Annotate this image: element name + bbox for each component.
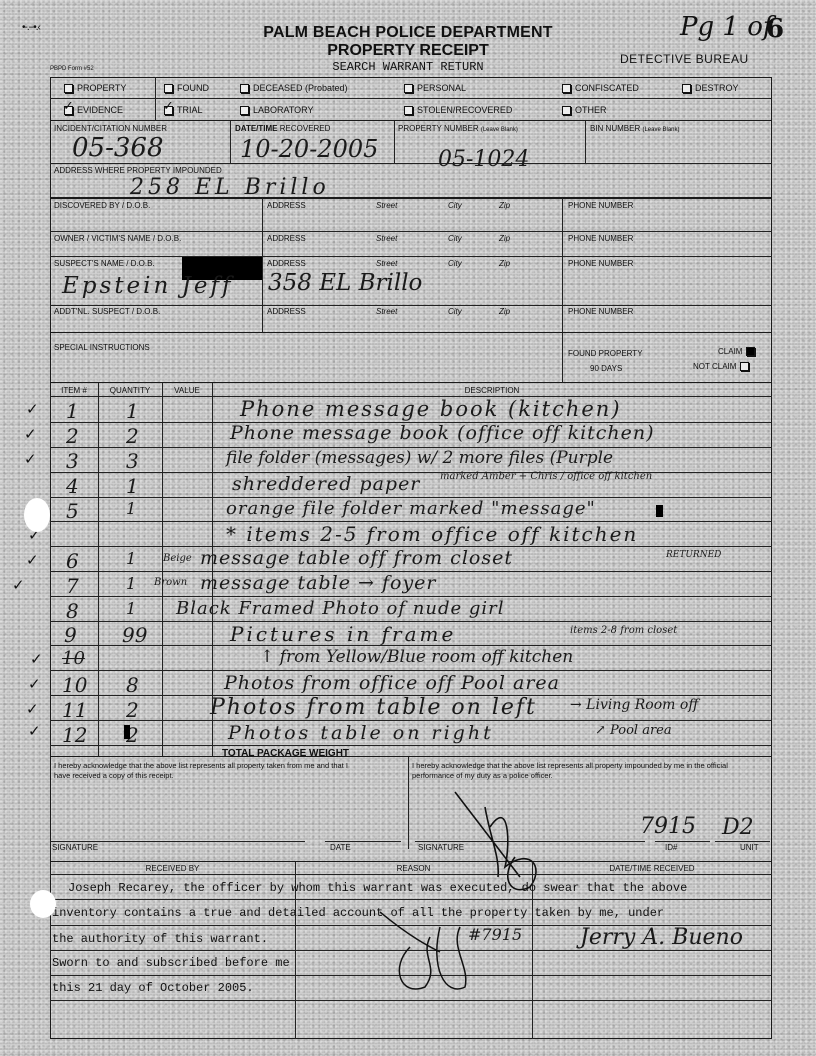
checkbox-laboratory[interactable]: LABORATORY [240, 105, 314, 115]
page-mark: Pg 1 of [680, 12, 773, 42]
checkmark-icon: ✓ [24, 425, 37, 443]
oath-line: this 21 day of October 2005. [52, 981, 254, 995]
suspect-name-label: SUSPECT'S NAME / D.O.B. [54, 259, 155, 268]
checkbox-checked-icon [164, 106, 173, 115]
checkbox-icon [164, 84, 173, 93]
suspect-name-value: Epstein Jeff [62, 273, 234, 299]
incident-number-value: 05-368 [72, 133, 164, 163]
checkbox-icon [404, 106, 413, 115]
form-number: PBPD Form #52 [50, 66, 94, 72]
oath-line: the authority of this warrant. [52, 932, 268, 946]
suspect-address-value: 358 EL Brillo [268, 270, 422, 296]
checkbox-confiscated[interactable]: CONFISCATED [562, 83, 639, 93]
unit-label: UNIT [740, 843, 759, 852]
impound-address-value: 258 EL Brillo [130, 175, 330, 200]
date-label: DATE [330, 843, 351, 852]
oath-line: Joseph Recarey, the officer by whom this… [68, 881, 687, 895]
notary-signature: Jerry A. Bueno [580, 925, 743, 950]
checkmark-icon: ✓ [28, 722, 41, 740]
property-receipt-form: PROPERTY FOUND DECEASED (Probated) PERSO… [50, 77, 772, 1039]
checkbox-icon [682, 84, 691, 93]
date-recovered-label: DATE/TIME RECOVERED [235, 124, 330, 133]
checkbox-icon [740, 362, 749, 371]
checkbox-icon [240, 106, 249, 115]
checkbox-trial[interactable]: TRIAL [164, 105, 203, 115]
checkbox-stolen-recovered[interactable]: STOLEN/RECOVERED [404, 105, 512, 115]
special-instructions-block [50, 333, 772, 383]
checkbox-evidence[interactable]: EVIDENCE [64, 105, 123, 115]
checkmark-icon: ✓ [24, 450, 37, 468]
column-header-reason: REASON [295, 864, 532, 873]
checkbox-destroy[interactable]: DESTROY [682, 83, 739, 93]
checkmark-icon: ✓ [26, 551, 39, 569]
ack-left-text: I hereby acknowledge that the above list… [54, 761, 354, 781]
checkbox-filled-icon [746, 347, 755, 356]
checkbox-personal[interactable]: PERSONAL [404, 83, 466, 93]
owner-victim-label: OWNER / VICTIM'S NAME / D.O.B. [54, 234, 181, 243]
found-property-label: FOUND PROPERTY [568, 349, 643, 358]
checkmark-icon: ✓ [26, 400, 39, 418]
checkbox-icon [240, 84, 249, 93]
checkbox-deceased[interactable]: DECEASED (Probated) [240, 83, 348, 93]
bin-number-label: BIN NUMBER (Leave Blank) [590, 124, 680, 133]
id-label: ID# [665, 843, 677, 852]
impound-address-label: ADDRESS WHERE PROPERTY IMPOUNDED [54, 166, 222, 175]
officer-id-value: 7915 [640, 814, 696, 839]
column-header-received-by: RECEIVED BY [50, 864, 295, 873]
checkbox-icon [64, 84, 73, 93]
checkbox-icon [404, 84, 413, 93]
checkbox-icon [562, 106, 571, 115]
page-total: 6 [766, 14, 784, 44]
oath-line: Sworn to and subscribed before me [52, 956, 290, 970]
column-header-date-received: DATE/TIME RECEIVED [532, 864, 772, 873]
officer-signature-scribble-oath [370, 907, 480, 1007]
incident-number-label: INCIDENT/CITATION NUMBER [54, 124, 167, 133]
date-recovered-value: 10-20-2005 [240, 135, 378, 163]
punch-hole [24, 498, 50, 532]
ack-right-text: I hereby acknowledge that the above list… [412, 761, 732, 781]
ninety-days-label: 90 DAYS [590, 364, 622, 373]
column-header-value: VALUE [162, 386, 212, 395]
discovered-by-label: DISCOVERED BY / D.O.B. [54, 201, 150, 210]
bureau-label: DETECTIVE BUREAU [620, 52, 749, 66]
special-instructions-label: SPECIAL INSTRUCTIONS [54, 343, 150, 352]
column-header-description: DESCRIPTION [212, 386, 772, 395]
checkmark-icon: ✓ [12, 576, 25, 594]
checkmark-icon: ✓ [26, 700, 39, 718]
checkbox-checked-icon [64, 106, 73, 115]
checkbox-other[interactable]: OTHER [562, 105, 607, 115]
checkbox-icon [562, 84, 571, 93]
checkbox-property[interactable]: PROPERTY [64, 83, 126, 93]
checkbox-claim[interactable]: CLAIM [718, 347, 755, 356]
additional-suspect-label: ADDT'NL. SUSPECT / D.O.B. [54, 307, 160, 316]
column-header-quantity: QUANTITY [98, 386, 162, 395]
punch-hole [30, 890, 56, 918]
checkmark-icon: ✓ [30, 650, 43, 668]
checkbox-found[interactable]: FOUND [164, 83, 209, 93]
oath-line: inventory contains a true and detailed a… [52, 906, 664, 920]
property-number-label: PROPERTY NUMBER (Leave Blank) [398, 124, 518, 133]
checkbox-not-claim[interactable]: NOT CLAIM [693, 362, 749, 371]
checkmark-icon: ✓ [28, 675, 41, 693]
signature-label: SIGNATURE [52, 843, 98, 852]
officer-unit-value: D2 [722, 815, 754, 840]
column-header-item: ITEM # [50, 386, 98, 395]
property-number-value: 05-1024 [438, 147, 529, 172]
